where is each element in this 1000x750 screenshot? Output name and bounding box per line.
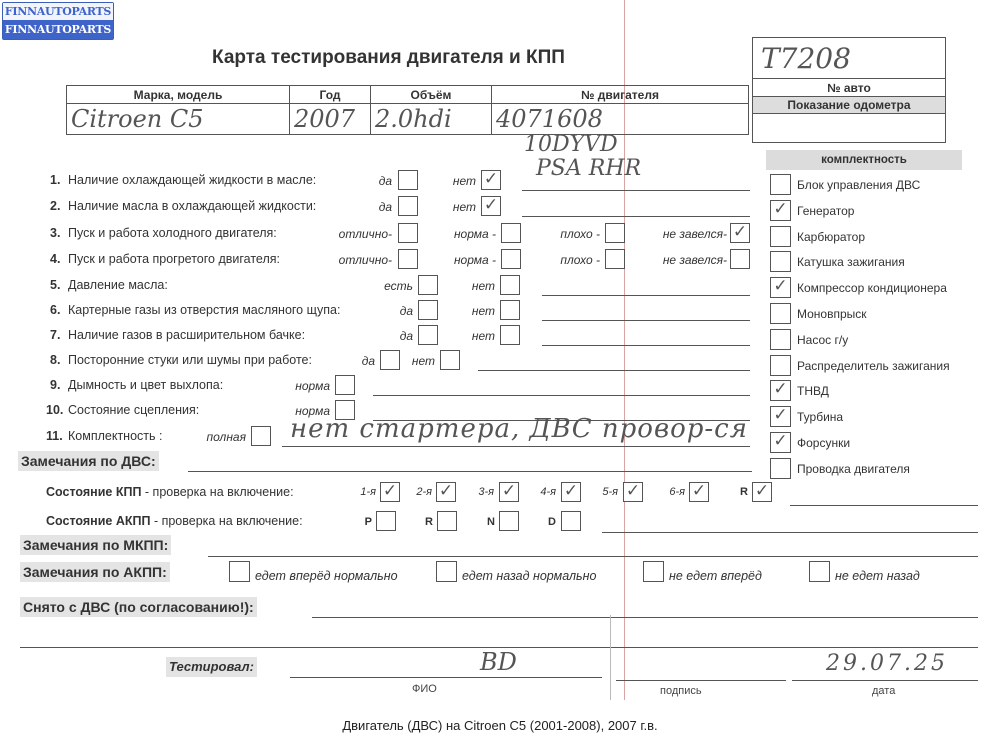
question-number: 1.: [50, 173, 60, 187]
checkmark-icon: ✓: [437, 483, 455, 500]
col-volume: Объём: [371, 86, 492, 104]
answer-line[interactable]: [542, 295, 750, 296]
gear-label: 4-я: [540, 486, 556, 498]
option-label: нет: [472, 279, 495, 293]
question-text: Дымность и цвет выхлопа:: [68, 378, 223, 392]
engine-number-value[interactable]: 4071608: [492, 104, 749, 135]
gear-checkbox[interactable]: ✓: [561, 482, 581, 502]
option-checkbox[interactable]: [605, 249, 625, 269]
option-label: норма: [295, 379, 330, 393]
option-checkbox[interactable]: [398, 249, 418, 269]
manual-remarks-label: Замечания по МКПП:: [20, 535, 171, 555]
col-engine-number: № двигателя: [492, 86, 749, 104]
completeness-checkbox[interactable]: [770, 329, 791, 350]
option-label: отлично-: [339, 227, 392, 241]
option-checkbox[interactable]: [398, 196, 418, 216]
completeness-item-label: Моновпрыск: [797, 307, 867, 321]
question-number: 8.: [50, 353, 60, 367]
completeness-item-label: Катушка зажигания: [797, 255, 905, 269]
option-checkbox[interactable]: [440, 350, 460, 370]
car-number-label: № авто: [753, 78, 945, 97]
auto-remark-label: не едет вперёд: [669, 569, 762, 583]
question-text: Наличие охлаждающей жидкости в масле:: [68, 173, 316, 187]
divider: [610, 615, 611, 700]
option-checkbox[interactable]: [418, 275, 438, 295]
auto-remarks-label: Замечания по АКПП:: [20, 562, 170, 582]
question-text: Посторонние стуки или шумы при работе:: [68, 353, 312, 367]
engine-remarks-line[interactable]: [188, 471, 752, 472]
checkmark-icon: ✓: [482, 197, 500, 214]
question-number: 11.: [46, 429, 63, 443]
completeness-checkbox[interactable]: ✓: [770, 406, 791, 427]
option-label: да: [400, 304, 413, 318]
checkmark-icon: ✓: [690, 483, 708, 500]
option-checkbox[interactable]: [398, 170, 418, 190]
signature-caption: подпись: [660, 685, 702, 697]
gear-position-checkbox[interactable]: [561, 511, 581, 531]
volume-value[interactable]: 2.0hdi: [371, 104, 492, 135]
completeness-checkbox[interactable]: [770, 303, 791, 324]
option-label: да: [379, 174, 392, 188]
option-checkbox[interactable]: [398, 223, 418, 243]
option-checkbox[interactable]: [251, 426, 271, 446]
option-checkbox[interactable]: [730, 249, 750, 269]
option-checkbox[interactable]: [335, 375, 355, 395]
completeness-checkbox[interactable]: [770, 226, 791, 247]
gear-position-label: P: [365, 516, 372, 528]
answer-line[interactable]: [542, 320, 750, 321]
gear-position-checkbox[interactable]: [376, 511, 396, 531]
manual-gearbox-label: Состояние КПП - проверка на включение:: [46, 485, 294, 499]
checkmark-icon: ✓: [771, 433, 790, 450]
auto-remark-checkbox[interactable]: [436, 561, 457, 582]
completeness-checkbox[interactable]: ✓: [770, 380, 791, 401]
logo-line-1: FINNAUTOPARTS: [3, 3, 113, 20]
checkmark-icon: ✓: [771, 407, 790, 424]
auto-remark-label: едет назад нормально: [462, 569, 596, 583]
completeness-item-label: Проводка двигателя: [797, 462, 910, 476]
gear-label: 1-я: [360, 486, 376, 498]
question-text: Наличие масла в охлаждающей жидкости:: [68, 199, 316, 213]
tester-name-value[interactable]: BD: [480, 648, 517, 676]
question-number: 3.: [50, 226, 60, 240]
auto-gearbox-label: Состояние АКПП - проверка на включение:: [46, 514, 303, 528]
option-checkbox[interactable]: [500, 300, 520, 320]
checkmark-icon: ✓: [562, 483, 580, 500]
image-caption: Двигатель (ДВС) на Citroen C5 (2001-2008…: [0, 718, 1000, 733]
checkmark-icon: ✓: [753, 483, 771, 500]
completeness-item-label: Блок управления ДВС: [797, 178, 920, 192]
gear-label: 2-я: [416, 486, 432, 498]
option-label: да: [400, 329, 413, 343]
answer-line[interactable]: [478, 370, 750, 371]
option-label: да: [362, 354, 375, 368]
answer-line[interactable]: [282, 446, 750, 447]
completeness-checkbox[interactable]: ✓: [770, 432, 791, 453]
question-text: Картерные газы из отверстия масляного щу…: [68, 303, 340, 317]
gear-checkbox[interactable]: ✓: [689, 482, 709, 502]
car-info-box: T7208 № авто Показание одометра: [752, 37, 946, 143]
option-checkbox[interactable]: ✓: [481, 170, 501, 190]
option-label: нет: [412, 354, 435, 368]
question-number: 4.: [50, 252, 60, 266]
auto-remark-checkbox[interactable]: [809, 561, 830, 582]
completeness-item-label: ТНВД: [797, 384, 829, 398]
completeness-checkbox[interactable]: ✓: [770, 277, 791, 298]
question-text: Давление масла:: [68, 278, 168, 292]
checkmark-icon: ✓: [482, 171, 500, 188]
odometer-label: Показание одометра: [753, 96, 945, 114]
question-text: Комплектность :: [68, 429, 162, 443]
engine-code-1: 10DYVD: [524, 133, 641, 157]
checkmark-icon: ✓: [771, 278, 790, 295]
option-label: нет: [472, 329, 495, 343]
question-number: 10.: [46, 403, 63, 417]
completeness-checkbox[interactable]: [770, 355, 791, 376]
gear-label: 3-я: [478, 486, 494, 498]
engine-code-notes: 10DYVD PSA RHR: [524, 133, 641, 181]
gear-label: R: [740, 486, 748, 498]
tested-by-label: Тестировал:: [166, 657, 257, 677]
gear-position-checkbox[interactable]: [437, 511, 457, 531]
question-text: Пуск и работа холодного двигателя:: [68, 226, 277, 240]
gear-checkbox[interactable]: ✓: [380, 482, 400, 502]
engine-remarks-label: Замечания по ДВС:: [18, 451, 159, 471]
gear-checkbox[interactable]: ✓: [499, 482, 519, 502]
checkmark-icon: ✓: [381, 483, 399, 500]
completeness-checkbox[interactable]: [770, 251, 791, 272]
option-label: нет: [472, 304, 495, 318]
option-checkbox[interactable]: [501, 249, 521, 269]
checkmark-icon: ✓: [624, 483, 642, 500]
option-label: да: [379, 200, 392, 214]
completeness-item-label: Форсунки: [797, 436, 850, 450]
option-label: отлично-: [339, 253, 392, 267]
completeness-item-label: Турбина: [797, 410, 843, 424]
completeness-item-label: Генератор: [797, 204, 854, 218]
answer-line[interactable]: [542, 345, 750, 346]
gear-position-label: D: [548, 516, 556, 528]
engine-code-2: PSA RHR: [524, 157, 641, 181]
completeness-header: комплектность: [766, 150, 962, 170]
option-label: плохо -: [560, 253, 600, 267]
question-text: Состояние сцепления:: [68, 403, 199, 417]
finnautoparts-logo: FINNAUTOPARTS FINNAUTOPARTS: [2, 2, 114, 40]
auto-remark-checkbox[interactable]: [229, 561, 250, 582]
option-label: плохо -: [560, 227, 600, 241]
manual-remarks-line[interactable]: [208, 556, 978, 557]
answer-line[interactable]: [522, 190, 750, 191]
option-checkbox[interactable]: [418, 325, 438, 345]
checkmark-icon: ✓: [771, 201, 790, 218]
answer-line[interactable]: [522, 216, 750, 217]
option-label: не завелся-: [663, 253, 727, 267]
logo-line-2: FINNAUTOPARTS: [3, 21, 113, 39]
completeness-checkbox[interactable]: [770, 174, 791, 195]
option-checkbox[interactable]: ✓: [730, 223, 750, 243]
completeness-checkbox[interactable]: ✓: [770, 200, 791, 221]
option-label: не завелся-: [663, 227, 727, 241]
question-text: Пуск и работа прогретого двигателя:: [68, 252, 280, 266]
option-label: норма -: [454, 227, 496, 241]
checkmark-icon: ✓: [731, 224, 749, 241]
gear-label: 6-я: [669, 486, 685, 498]
option-checkbox[interactable]: [605, 223, 625, 243]
option-label: есть: [384, 279, 413, 293]
gear-position-label: R: [425, 516, 433, 528]
question-number: 6.: [50, 303, 60, 317]
completeness-item-label: Компрессор кондиционера: [797, 281, 947, 295]
removed-line-1[interactable]: [312, 617, 978, 618]
question-number: 2.: [50, 199, 60, 213]
completeness-note[interactable]: нет стартера, ДВС провор-ся: [290, 414, 748, 444]
auto-gearbox-line[interactable]: [602, 532, 978, 533]
auto-remark-label: не едет назад: [835, 569, 920, 583]
completeness-item-label: Насос г/у: [797, 333, 848, 347]
option-label: нет: [453, 200, 476, 214]
option-checkbox[interactable]: [500, 275, 520, 295]
gear-checkbox[interactable]: ✓: [623, 482, 643, 502]
gear-position-checkbox[interactable]: [499, 511, 519, 531]
auto-remark-checkbox[interactable]: [643, 561, 664, 582]
option-label: норма -: [454, 253, 496, 267]
gear-label: 5-я: [602, 486, 618, 498]
checkmark-icon: ✓: [500, 483, 518, 500]
completeness-checkbox[interactable]: [770, 458, 791, 479]
completeness-item-label: Карбюратор: [797, 230, 865, 244]
signature-line[interactable]: [616, 680, 786, 681]
date-line: [792, 680, 978, 681]
gear-checkbox[interactable]: ✓: [436, 482, 456, 502]
gear-checkbox[interactable]: ✓: [752, 482, 772, 502]
option-checkbox[interactable]: [500, 325, 520, 345]
col-make-model: Марка, модель: [67, 86, 290, 104]
vehicle-info-table: Марка, модель Год Объём № двигателя Citr…: [66, 85, 749, 135]
checkmark-icon: ✓: [771, 381, 790, 398]
option-label: полная: [207, 430, 246, 444]
date-value[interactable]: 29.07.25: [826, 651, 948, 676]
year-value[interactable]: 2007: [290, 104, 371, 135]
option-checkbox[interactable]: [380, 350, 400, 370]
car-number-value[interactable]: T7208: [761, 42, 851, 75]
option-checkbox[interactable]: ✓: [481, 196, 501, 216]
auto-remark-label: едет вперёд нормально: [255, 569, 398, 583]
answer-line[interactable]: [373, 395, 750, 396]
option-label: нет: [453, 174, 476, 188]
date-caption: дата: [872, 685, 895, 697]
gear-position-label: N: [487, 516, 495, 528]
option-checkbox[interactable]: [501, 223, 521, 243]
question-number: 5.: [50, 278, 60, 292]
option-checkbox[interactable]: [418, 300, 438, 320]
completeness-item-label: Распределитель зажигания: [797, 359, 950, 373]
question-number: 7.: [50, 328, 60, 342]
manual-gearbox-line[interactable]: [790, 505, 978, 506]
question-number: 9.: [50, 378, 60, 392]
name-caption: ФИО: [412, 683, 437, 695]
page-title: Карта тестирования двигателя и КПП: [212, 47, 565, 69]
question-text: Наличие газов в расширительном бачке:: [68, 328, 305, 342]
make-model-value[interactable]: Citroen C5: [67, 104, 290, 135]
col-year: Год: [290, 86, 371, 104]
removed-from-engine-label: Снято с ДВС (по согласованию!):: [20, 597, 257, 617]
tester-name-line: [290, 677, 602, 678]
